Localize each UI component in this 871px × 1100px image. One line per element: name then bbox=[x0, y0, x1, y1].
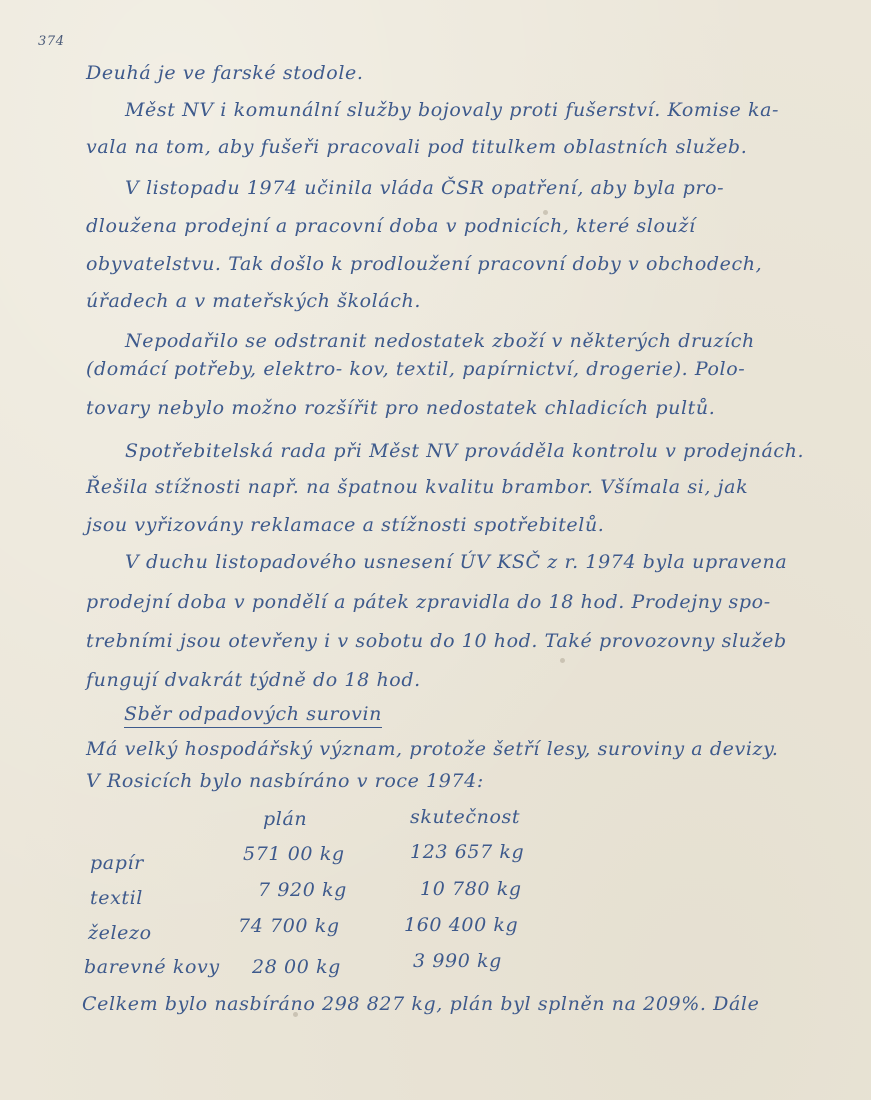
table-cell-plan: 571 00 kg bbox=[243, 843, 345, 865]
table-cell-actual: 3 990 kg bbox=[413, 950, 502, 972]
text-line: Měst NV i komunální služby bojovaly prot… bbox=[125, 99, 779, 121]
handwritten-page: 374 Deuhá je ve farské stodole. Měst NV … bbox=[0, 0, 871, 1100]
text-line: dloužena prodejní a pracovní doba v podn… bbox=[86, 215, 696, 237]
text-line: Spotřebitelská rada při Měst NV prováděl… bbox=[125, 440, 804, 462]
table-header-plan: plán bbox=[263, 808, 307, 830]
page-number: 374 bbox=[38, 34, 65, 49]
text-line: V Rosicích bylo nasbíráno v roce 1974: bbox=[86, 770, 484, 792]
table-header-actual: skutečnost bbox=[410, 806, 520, 828]
text-line: prodejní doba v pondělí a pátek zpravidl… bbox=[86, 591, 771, 613]
text-line: trebními jsou otevřeny i v sobotu do 10 … bbox=[86, 630, 787, 652]
text-line: Celkem bylo nasbíráno 298 827 kg, plán b… bbox=[82, 993, 759, 1015]
paper-spot bbox=[560, 658, 565, 663]
text-line: tovary nebylo možno rozšířit pro nedosta… bbox=[86, 397, 715, 419]
table-row-label: textil bbox=[90, 887, 143, 909]
table-cell-actual: 10 780 kg bbox=[420, 878, 522, 900]
table-cell-plan: 7 920 kg bbox=[258, 879, 347, 901]
text-line: obyvatelstvu. Tak došlo k prodloužení pr… bbox=[86, 253, 762, 275]
text-line: vala na tom, aby fušeři pracovali pod ti… bbox=[86, 136, 747, 158]
text-line: Nepodařilo se odstranit nedostatek zboží… bbox=[125, 330, 755, 352]
table-cell-actual: 123 657 kg bbox=[410, 841, 524, 863]
paper-spot bbox=[293, 1012, 298, 1017]
table-row-label: papír bbox=[90, 852, 144, 874]
text-line: Má velký hospodářský význam, protože šet… bbox=[86, 738, 779, 760]
text-line: úřadech a v mateřských školách. bbox=[86, 290, 421, 312]
text-line: V duchu listopadového usnesení ÚV KSČ z … bbox=[125, 551, 787, 573]
table-row-label: železo bbox=[88, 922, 152, 944]
text-line: fungují dvakrát týdně do 18 hod. bbox=[86, 669, 421, 691]
text-line: Deuhá je ve farské stodole. bbox=[86, 62, 364, 84]
text-line: (domácí potřeby, elektro- kov, textil, p… bbox=[86, 358, 745, 380]
table-cell-actual: 160 400 kg bbox=[404, 914, 518, 936]
section-heading: Sběr odpadových surovin bbox=[124, 703, 382, 728]
table-row-label: barevné kovy bbox=[84, 956, 220, 978]
table-cell-plan: 74 700 kg bbox=[238, 915, 340, 937]
text-line: jsou vyřizovány reklamace a stížnosti sp… bbox=[86, 514, 604, 536]
table-cell-plan: 28 00 kg bbox=[252, 956, 341, 978]
text-line: V listopadu 1974 učinila vláda ČSR opatř… bbox=[125, 177, 724, 199]
paper-spot bbox=[543, 210, 548, 215]
text-line: Řešila stížnosti např. na špatnou kvalit… bbox=[86, 476, 748, 498]
